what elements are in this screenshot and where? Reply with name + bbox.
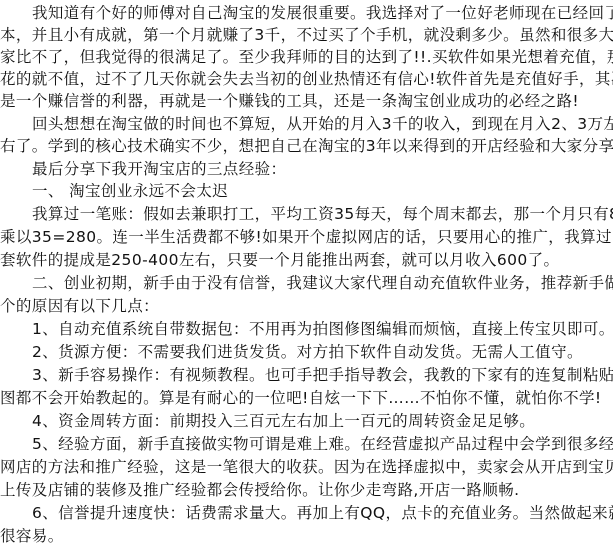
paragraph-line-7: 右了。学到的核心技术确实不少，想把自己在淘宝的3年以来得到的开店经验和大家分享。: [0, 135, 613, 157]
list-item-1: 1、自动充值系统自带数据包：不用再为拍图修图编辑而烦恼，直接上传宝贝即可。: [32, 318, 613, 340]
list-item-5: 5、经验方面，新手直接做实物可谓是难上难。在经营虚拟产品过程中会学到很多经营: [32, 433, 613, 455]
paragraph-line-6: 回头想想在淘宝做的时间也不算短，从开始的月入3千的收入，到现在月入2、3万左: [32, 113, 613, 135]
paragraph-line-8: 最后分享下我开淘宝店的三点经验：: [32, 158, 286, 180]
paragraph-line-5: 是一个赚信誉的利器，再就是一个赚钱的工具，还是一条淘宝创业成功的必经之路!: [0, 90, 579, 112]
list-item-6-cont: 很容易。: [0, 525, 64, 547]
section-heading-2: 二、创业初期，新手由于没有信誉，我建议大家代理自动充值软件业务，推荐新手做这: [32, 272, 613, 294]
list-item-3: 3、新手容易操作：有视频教程。也可手把手指导教会，我教的下家有的连复制粘贴截: [32, 364, 613, 386]
paragraph-line-11: 乘以35=280。连一半生活费都不够!如果开个虚拟网店的话，只要用心的推广，我算…: [0, 226, 613, 248]
paragraph-line-4: 花的就不值，过不了几天你就会失去当初的创业热情还有信心!软件首先是充值好手，其次: [0, 68, 613, 90]
list-item-4: 4、资金周转方面：前期投入三百元左右加上一百元的周转资金足足够。: [32, 410, 535, 432]
list-item-2: 2、货源方便：不需要我们进货发货。对方拍下软件自动发货。无需人工值守。: [32, 341, 583, 363]
document-body: 我知道有个好的师傅对自己淘宝的发展很重要。我选择对了一位好老师现在已经回了 本，…: [0, 0, 613, 555]
list-item-5-cont: 网店的方法和推广经验，这是一笔很大的收获。因为在选择虚拟中，卖家会从开店到宝贝的: [0, 456, 613, 478]
paragraph-line-12: 套软件的提成是250-400左右，只要一个月能推出两套，就可以月收入600了。: [0, 249, 559, 271]
paragraph-line-3: 家比不了，但我觉得的很满足了。至少我拜师的目的达到了!!.买软件如果光想着充值，…: [0, 46, 613, 68]
paragraph-line-14: 个的原因有以下几点：: [0, 295, 159, 317]
list-item-6: 6、信誉提升速度快：话费需求量大。再加上有QQ，点卡的充值业务。当然做起来就: [32, 502, 613, 524]
list-item-3-cont: 图都不会开始教起的。算是有耐心的一位吧!自炫一下下……不怕你不懂，就怕你不学!: [0, 387, 602, 409]
paragraph-line-2: 本，并且小有成就，第一个月就赚了3千，不过买了个手机，就没剩多少。虽然和很多大卖: [0, 24, 613, 46]
list-item-5-cont2: 上传及店铺的装修及推广经验都会传授给你。让你少走弯路,开店一路顺畅.: [0, 479, 519, 501]
paragraph-line-1: 我知道有个好的师傅对自己淘宝的发展很重要。我选择对了一位好老师现在已经回了: [32, 2, 613, 24]
paragraph-line-10: 我算过一笔账：假如去兼职打工，平均工资35每天，每个周末都去，那一个月只有8: [32, 203, 613, 225]
section-heading-1: 一、 淘宝创业永远不会太迟: [32, 180, 228, 202]
